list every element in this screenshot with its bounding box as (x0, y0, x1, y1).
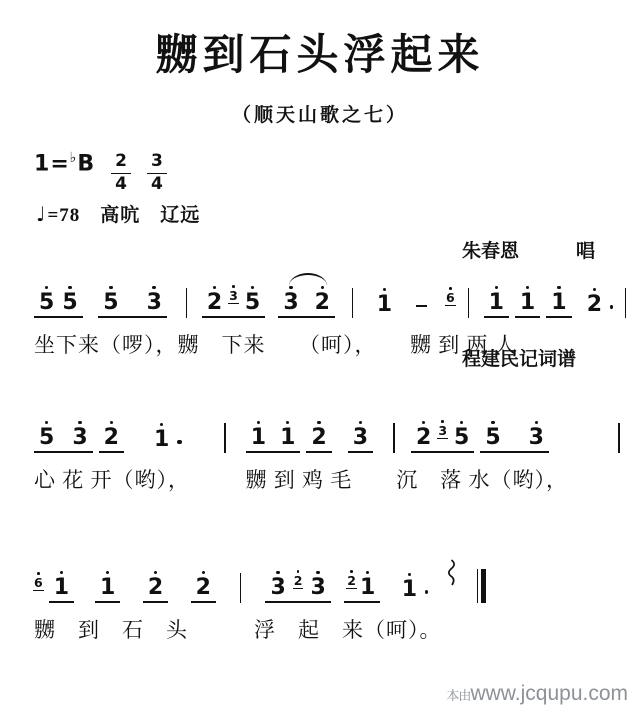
note-digit: 2 (414, 427, 433, 451)
jianpu-note: 3 (281, 286, 300, 317)
jianpu-note: 3 (268, 571, 287, 602)
quarter-note-icon: ♩ (36, 202, 46, 226)
note-digit: 2 (346, 575, 357, 590)
portamento-slide-icon (446, 559, 457, 591)
note-digit: 5 (452, 427, 471, 451)
beam-group: 235 (411, 421, 474, 454)
jianpu-note: 5 (452, 421, 471, 452)
jianpu-note: 2 (205, 286, 224, 317)
final-barline-thin (477, 569, 479, 603)
tempo-value: =78 (47, 205, 80, 226)
octave-dot (422, 421, 426, 425)
note-digit: 5 (483, 427, 502, 451)
beam-group: 323 (265, 571, 330, 604)
jianpu-note: 2 (414, 421, 433, 452)
notation-row: 61122323211 (34, 553, 486, 603)
time-signature-2: 3 4 (147, 152, 167, 194)
octave-dot (202, 571, 206, 575)
note-digit: 3 (437, 425, 448, 440)
jianpu-note: 1 (249, 421, 268, 452)
grace-note: 2 (346, 570, 357, 589)
song-subtitle: （顺天山歌之七） (0, 100, 640, 127)
jianpu-note: 1 (400, 573, 419, 604)
key-signature: 1=♭B 2 4 3 4 (34, 150, 167, 194)
jianpu-note: 1 (546, 286, 571, 319)
note-digit: 1 (152, 429, 171, 453)
final-barline (477, 569, 486, 603)
jianpu-note: 1 (484, 286, 509, 319)
octave-dot (109, 286, 113, 290)
jianpu-note: 3 (145, 286, 164, 317)
octave-dot (316, 571, 320, 575)
beam-group: 32 (278, 286, 335, 319)
note-digit: 2 (102, 427, 121, 451)
note-digit: 1 (249, 427, 268, 451)
watermark: 本由www.jcqupu.com (446, 682, 628, 706)
beam-group: 55 (34, 286, 83, 319)
jianpu-note: 1 (95, 571, 120, 604)
note-digit: 3 (70, 427, 89, 451)
octave-dot (106, 571, 110, 575)
note-digit: 1 (358, 577, 377, 601)
jianpu-note: 2 (306, 421, 331, 454)
notation-row: 5321112323553 (34, 403, 620, 453)
octave-dot (45, 421, 49, 425)
lyrics-line: 心 花 开（哟）， 嬲 到 鸡 毛 沉 落 水（哟）， (34, 464, 620, 494)
note-digit: 2 (585, 294, 604, 318)
note-digit: 3 (527, 427, 546, 451)
beam-group: 235 (202, 286, 265, 319)
song-title: 嬲到石头浮起来 (0, 22, 640, 82)
note-digit: 1 (278, 427, 297, 451)
octave-dot (491, 421, 495, 425)
jianpu-note: 1 (515, 286, 540, 319)
jianpu-note: 5 (37, 421, 56, 452)
jianpu-note: 3 (527, 421, 546, 452)
grace-note: 3 (437, 420, 448, 439)
beam-group: 11 (246, 421, 301, 454)
note-digit: 3 (268, 577, 287, 601)
notation-row: 555323532161112 (34, 268, 626, 318)
octave-dot (535, 421, 539, 425)
octave-dot (60, 571, 64, 575)
jianpu-note: 2 (313, 286, 332, 317)
jianpu-note: 5 (101, 286, 120, 317)
octave-dot (366, 571, 370, 575)
beam-group: 53 (480, 421, 549, 454)
note-digit: 3 (351, 427, 370, 451)
jianpu-note: 5 (243, 286, 262, 317)
octave-dot (45, 286, 49, 290)
note-digit: 5 (60, 292, 79, 316)
note-digit: 1 (518, 292, 537, 316)
barline (352, 288, 353, 318)
note-digit: 2 (293, 575, 304, 590)
jianpu-note: 5 (60, 286, 79, 317)
octave-dot (213, 286, 217, 290)
octave-dot (110, 421, 114, 425)
barline (618, 423, 620, 453)
tempo-marking: ♩=78 高吭 辽远 (36, 200, 200, 227)
octave-dot (593, 288, 597, 292)
jianpu-note: 2 (99, 421, 124, 454)
note-digit: 2 (146, 577, 165, 601)
octave-dot (495, 286, 499, 290)
octave-dot (526, 286, 530, 290)
jianpu-note: 1 (152, 423, 171, 454)
slur-arc (289, 273, 328, 286)
note-digit: 1 (52, 577, 71, 601)
final-barline-thick (481, 569, 486, 603)
octave-dot (460, 421, 464, 425)
augmentation-dot (610, 305, 613, 310)
jianpu-note: 1 (49, 571, 74, 604)
sheet-music-page: 嬲到石头浮起来 （顺天山歌之七） 1=♭B 2 4 3 4 ♩=78 高吭 辽远… (0, 0, 640, 719)
duration-dash (416, 305, 427, 308)
note-digit: 1 (375, 294, 394, 318)
barline (240, 573, 242, 603)
jianpu-note: 3 (348, 421, 373, 454)
octave-dot (251, 286, 255, 290)
octave-dot (289, 286, 293, 290)
expression-words: 高吭 辽远 (100, 205, 200, 226)
note-digit: 1 (487, 292, 506, 316)
note-digit: 1 (400, 579, 419, 603)
octave-dot (557, 286, 561, 290)
note-digit: 3 (228, 290, 239, 305)
note-digit: 3 (281, 292, 300, 316)
barline (468, 288, 469, 318)
note-digit: 6 (445, 292, 456, 307)
jianpu-note: 2 (585, 288, 604, 319)
note-digit: 2 (309, 427, 328, 451)
note-digit: 2 (194, 577, 213, 601)
note-digit: 5 (243, 292, 262, 316)
note-digit: 2 (313, 292, 332, 316)
score-system-2: 5321112323553心 花 开（哟）， 嬲 到 鸡 毛 沉 落 水（哟）， (34, 403, 620, 494)
beam-group: 53 (98, 286, 167, 319)
octave-dot (317, 421, 321, 425)
jianpu-note: 2 (191, 571, 216, 604)
note-digit: 2 (205, 292, 224, 316)
jianpu-note: 5 (483, 421, 502, 452)
octave-dot (152, 286, 156, 290)
note-digit: 5 (37, 292, 56, 316)
note-digit: 1 (98, 577, 117, 601)
grace-note: 3 (228, 285, 239, 304)
jianpu-note: 3 (308, 571, 327, 602)
note-digit: 1 (549, 292, 568, 316)
score-system-3: 61122323211嬲 到 石 头 浮 起 来（呵）。 (34, 553, 486, 644)
grace-note: 2 (293, 570, 304, 589)
augmentation-dot (425, 590, 428, 595)
octave-dot (257, 421, 261, 425)
octave-dot (286, 421, 290, 425)
watermark-cn-text: 本由 (446, 688, 470, 703)
jianpu-note: 5 (37, 286, 56, 317)
jianpu-note: 2 (143, 571, 168, 604)
note-digit: 6 (33, 577, 44, 592)
time-signature-1: 2 4 (111, 152, 131, 194)
octave-dot (154, 571, 158, 575)
barline (224, 423, 226, 453)
jianpu-note: 1 (358, 571, 377, 602)
score-system-1: 555323532161112坐下来（啰），嬲 下来 （呵）， 嬲 到 两 人 (34, 268, 626, 359)
octave-dot (68, 286, 72, 290)
jianpu-note: 1 (375, 288, 394, 319)
note-digit: 5 (37, 427, 56, 451)
watermark-url: www.jcqupu.com (470, 682, 628, 705)
barline (625, 288, 626, 318)
note-digit: 3 (308, 577, 327, 601)
key-text: 1=♭B (34, 150, 95, 176)
octave-dot (408, 573, 412, 577)
credit-singer: 朱春恩 唱 (462, 234, 595, 270)
note-digit: 5 (101, 292, 120, 316)
beam-group: 21 (344, 571, 380, 604)
jianpu-note: 1 (278, 421, 297, 452)
lyrics-line: 坐下来（啰），嬲 下来 （呵）， 嬲 到 两 人 (34, 329, 626, 359)
lyrics-line: 嬲 到 石 头 浮 起 来（呵）。 (34, 614, 486, 644)
octave-dot (359, 421, 363, 425)
augmentation-dot (177, 440, 182, 445)
jianpu-note: 3 (70, 421, 89, 452)
grace-note: 6 (445, 287, 456, 306)
barline (186, 288, 187, 318)
octave-dot (276, 571, 280, 575)
octave-dot (160, 423, 164, 427)
beam-group: 53 (34, 421, 93, 454)
octave-dot (321, 286, 325, 290)
note-digit: 3 (145, 292, 164, 316)
grace-note: 6 (33, 572, 44, 591)
barline (393, 423, 395, 453)
octave-dot (78, 421, 82, 425)
octave-dot (383, 288, 387, 292)
